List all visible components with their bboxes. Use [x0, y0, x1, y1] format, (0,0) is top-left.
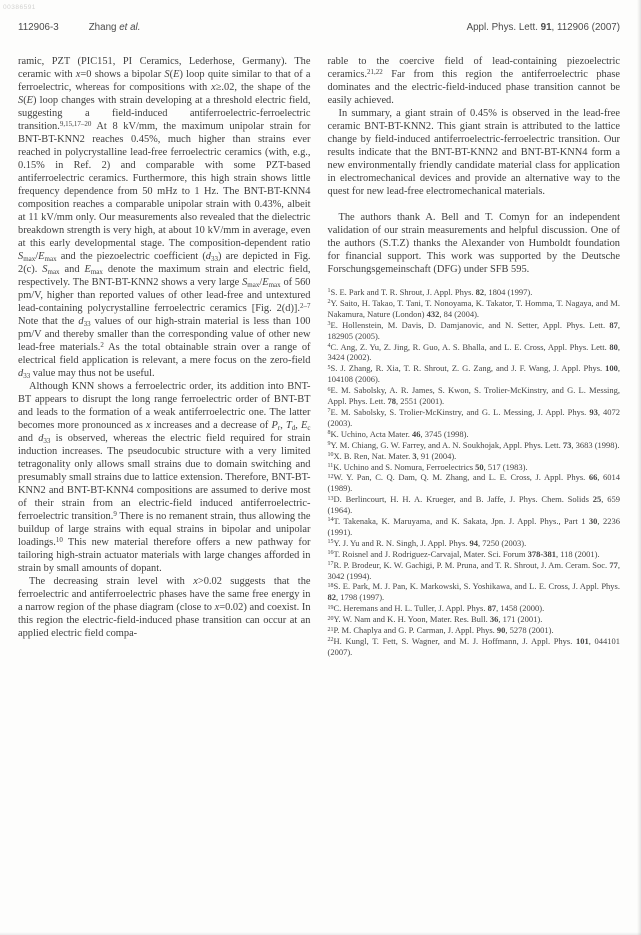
reference-number: 16: [328, 550, 334, 556]
author-name: Zhang: [89, 22, 120, 33]
reference-item: 1S. E. Park and T. R. Shrout, J. Appl. P…: [328, 287, 621, 298]
reference-item: 18S. E. Park, M. J. Pan, K. Markowski, S…: [328, 581, 621, 603]
two-column-body: ramic, PZT (PIC151, PI Ceramics, Lederho…: [18, 55, 620, 658]
header-left: 112906-3Zhang et al.: [18, 22, 140, 33]
reference-item: 10X. B. Ren, Nat. Mater. 3, 91 (2004).: [328, 451, 621, 462]
reference-item: 20Y. W. Nam and K. H. Yoon, Mater. Res. …: [328, 614, 621, 625]
reference-number: 5: [328, 365, 331, 371]
reference-number: 14: [328, 517, 334, 523]
reference-number: 15: [328, 539, 334, 545]
reference-item: 22H. Kungl, T. Fett, S. Wagner, and M. J…: [328, 636, 621, 658]
reference-number: 18: [328, 583, 334, 589]
reference-volume: 78: [387, 396, 396, 406]
reference-number: 3: [328, 321, 331, 327]
journal-issue-info: , 112906 (2007): [552, 22, 620, 33]
reference-item: 4C. Ang, Z. Yu, Z. Jing, R. Guo, A. S. B…: [328, 342, 621, 364]
reference-item: 2Y. Saito, H. Takao, T. Tani, T. Nonoyam…: [328, 298, 621, 320]
right-column: rable to the coercive field of lead-cont…: [328, 55, 621, 658]
reference-item: 13D. Berlincourt, H. H. A. Krueger, and …: [328, 494, 621, 516]
reference-number: 6: [328, 387, 331, 393]
reference-item: 11K. Uchino and S. Nomura, Ferroelectric…: [328, 462, 621, 473]
reference-volume: 25: [593, 494, 602, 504]
reference-item: 15Y. J. Yu and R. N. Singh, J. Appl. Phy…: [328, 538, 621, 549]
reference-number: 12: [328, 474, 334, 480]
reference-volume: 80: [609, 342, 618, 352]
paragraph: Although KNN shows a ferroelectric order…: [18, 380, 311, 575]
reference-volume: 66: [589, 472, 598, 482]
reference-volume: 87: [609, 320, 618, 330]
reference-item: 14T. Takenaka, K. Maruyama, and K. Sakat…: [328, 516, 621, 538]
paragraph: rable to the coercive field of lead-cont…: [328, 55, 621, 107]
reference-volume: 90: [497, 625, 506, 635]
reference-number: 22: [328, 637, 334, 643]
reference-number: 8: [328, 430, 331, 436]
page-number: 112906-3: [18, 22, 59, 33]
reference-item: 6E. M. Sabolsky, A. R. James, S. Kwon, S…: [328, 385, 621, 407]
reference-volume: 87: [488, 603, 497, 613]
reference-volume: 82: [328, 592, 337, 602]
reference-volume: 30: [589, 516, 598, 526]
reference-volume: 378-381: [528, 549, 556, 559]
reference-number: 2: [328, 299, 331, 305]
reference-volume: 94: [470, 538, 479, 548]
reference-volume: 101: [576, 636, 589, 646]
reference-volume: 3: [412, 451, 416, 461]
reference-volume: 93: [589, 407, 598, 417]
reference-number: 11: [328, 463, 334, 469]
etal-label: et al.: [119, 22, 140, 33]
reference-number: 9: [328, 441, 331, 447]
reference-item: 16T. Roisnel and J. Rodriguez-Carvajal, …: [328, 549, 621, 560]
running-authors: Zhang et al.: [89, 22, 141, 33]
journal-name: Appl. Phys. Lett.: [467, 22, 541, 33]
reference-item: 19C. Heremans and H. L. Tuller, J. Appl.…: [328, 603, 621, 614]
reference-item: 7E. M. Sabolsky, S. Trolier-McKinstry, a…: [328, 407, 621, 429]
reference-number: 7: [328, 408, 331, 414]
reference-number: 20: [328, 616, 334, 622]
reference-item: 9Y. M. Chiang, G. W. Farrey, and A. N. S…: [328, 440, 621, 451]
reference-number: 4: [328, 343, 331, 349]
reference-number: 13: [328, 496, 334, 502]
journal-volume: 91: [541, 22, 552, 33]
reference-number: 1: [328, 288, 331, 294]
reference-volume: 46: [412, 429, 421, 439]
paragraph: ramic, PZT (PIC151, PI Ceramics, Lederho…: [18, 55, 311, 380]
scan-stamp: 00386591: [3, 4, 36, 11]
reference-volume: 73: [563, 440, 572, 450]
paragraph: The authors thank A. Bell and T. Comyn f…: [328, 211, 621, 276]
reference-volume: 432: [427, 309, 440, 319]
right-column-text: rable to the coercive field of lead-cont…: [328, 55, 621, 276]
reference-item: 3E. Hollenstein, M. Davis, D. Damjanovic…: [328, 320, 621, 342]
reference-volume: 82: [476, 287, 485, 297]
reference-item: 12W. Y. Pan, C. Q. Dam, Q. M. Zhang, and…: [328, 472, 621, 494]
reference-number: 17: [328, 561, 334, 567]
paragraph: The decreasing strain level with x>0.02 …: [18, 575, 311, 640]
reference-item: 21P. M. Chaplya and G. P. Carman, J. App…: [328, 625, 621, 636]
reference-item: 8K. Uchino, Acta Mater. 46, 3745 (1998).: [328, 429, 621, 440]
paragraph: In summary, a giant strain of 0.45% is o…: [328, 107, 621, 198]
references-list: 1S. E. Park and T. R. Shrout, J. Appl. P…: [328, 287, 621, 658]
reference-item: 5S. J. Zhang, R. Xia, T. R. Shrout, Z. G…: [328, 363, 621, 385]
reference-volume: 36: [490, 614, 499, 624]
reference-item: 17R. P. Brodeur, K. W. Gachigi, P. M. Pr…: [328, 560, 621, 582]
reference-number: 19: [328, 605, 334, 611]
reference-number: 10: [328, 452, 334, 458]
reference-volume: 50: [475, 462, 484, 472]
left-column: ramic, PZT (PIC151, PI Ceramics, Lederho…: [18, 55, 311, 658]
reference-volume: 77: [609, 560, 618, 570]
reference-volume: 100: [605, 363, 618, 373]
running-header: 112906-3Zhang et al. Appl. Phys. Lett. 9…: [18, 22, 620, 33]
reference-number: 21: [328, 627, 334, 633]
journal-page: 00386591 112906-3Zhang et al. Appl. Phys…: [0, 0, 641, 935]
journal-citation: Appl. Phys. Lett. 91, 112906 (2007): [467, 22, 620, 33]
